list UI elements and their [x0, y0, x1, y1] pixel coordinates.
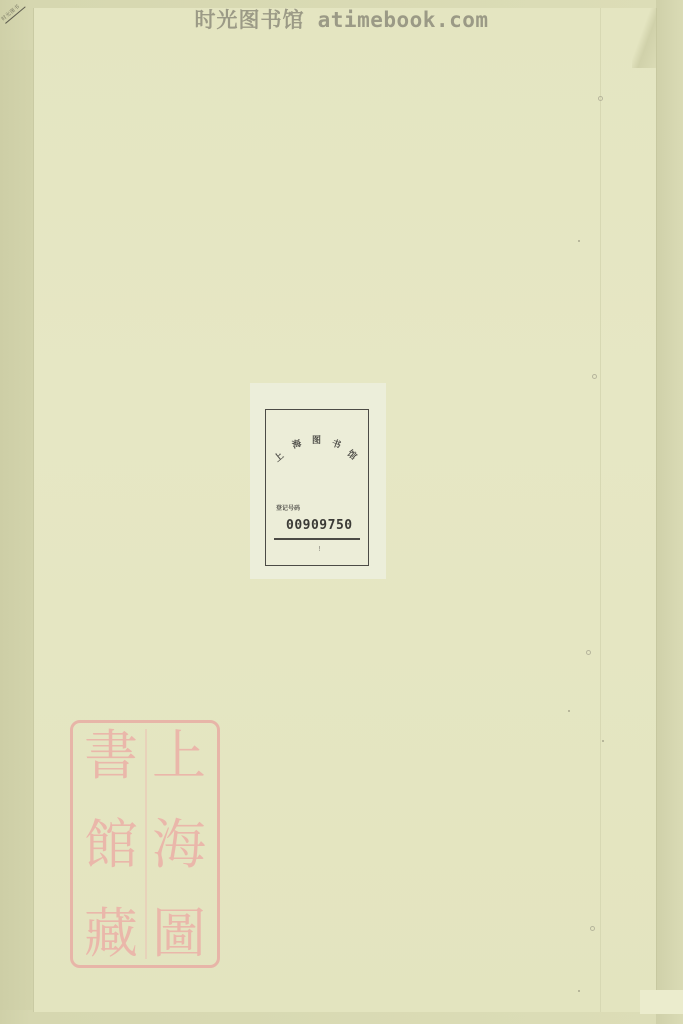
seal-char: 書 [84, 727, 138, 785]
paper-dot [568, 710, 570, 712]
label-title-char: 图 [312, 433, 321, 446]
seal-right-column: 上 海 圖 [145, 727, 213, 963]
paper-spot [592, 374, 597, 379]
seal-char: 上 [152, 727, 206, 785]
registration-number: 00909750 [286, 518, 353, 533]
paper-dot [578, 240, 580, 242]
registration-underline [274, 538, 360, 540]
label-title-char: 上 [271, 449, 286, 465]
registration-sub-mark: ! [318, 545, 321, 553]
watermark-site-url: atimebook.com [318, 8, 489, 32]
left-page-edge [0, 50, 34, 1010]
paper-spot [586, 650, 591, 655]
paper-spot [598, 96, 603, 101]
site-watermark: 时光图书馆 atimebook.com [0, 4, 683, 34]
watermark-site-name: 时光图书馆 [194, 8, 304, 32]
label-title-char: 馆 [345, 447, 360, 463]
seal-char: 海 [152, 816, 206, 874]
paper-dot [578, 990, 580, 992]
registration-label: 登记号码 [276, 503, 300, 512]
seal-char: 圖 [152, 905, 206, 963]
seal-char: 館 [84, 816, 138, 874]
seal-char: 藏 [84, 905, 138, 963]
library-seal-stamp: 上 海 圖 書 館 藏 [70, 720, 220, 968]
right-page-edge [656, 0, 683, 1024]
seal-left-column: 書 館 藏 [77, 727, 145, 963]
page-fold-line [600, 8, 601, 1012]
paper-spot [590, 926, 595, 931]
library-registration-label: 上 海 图 书 馆 登记号码 00909750 ! [265, 409, 369, 566]
label-title-char: 海 [290, 436, 303, 451]
paper-dot [602, 740, 604, 742]
page-bottom-tear [640, 990, 683, 1014]
label-title-char: 书 [330, 436, 343, 451]
